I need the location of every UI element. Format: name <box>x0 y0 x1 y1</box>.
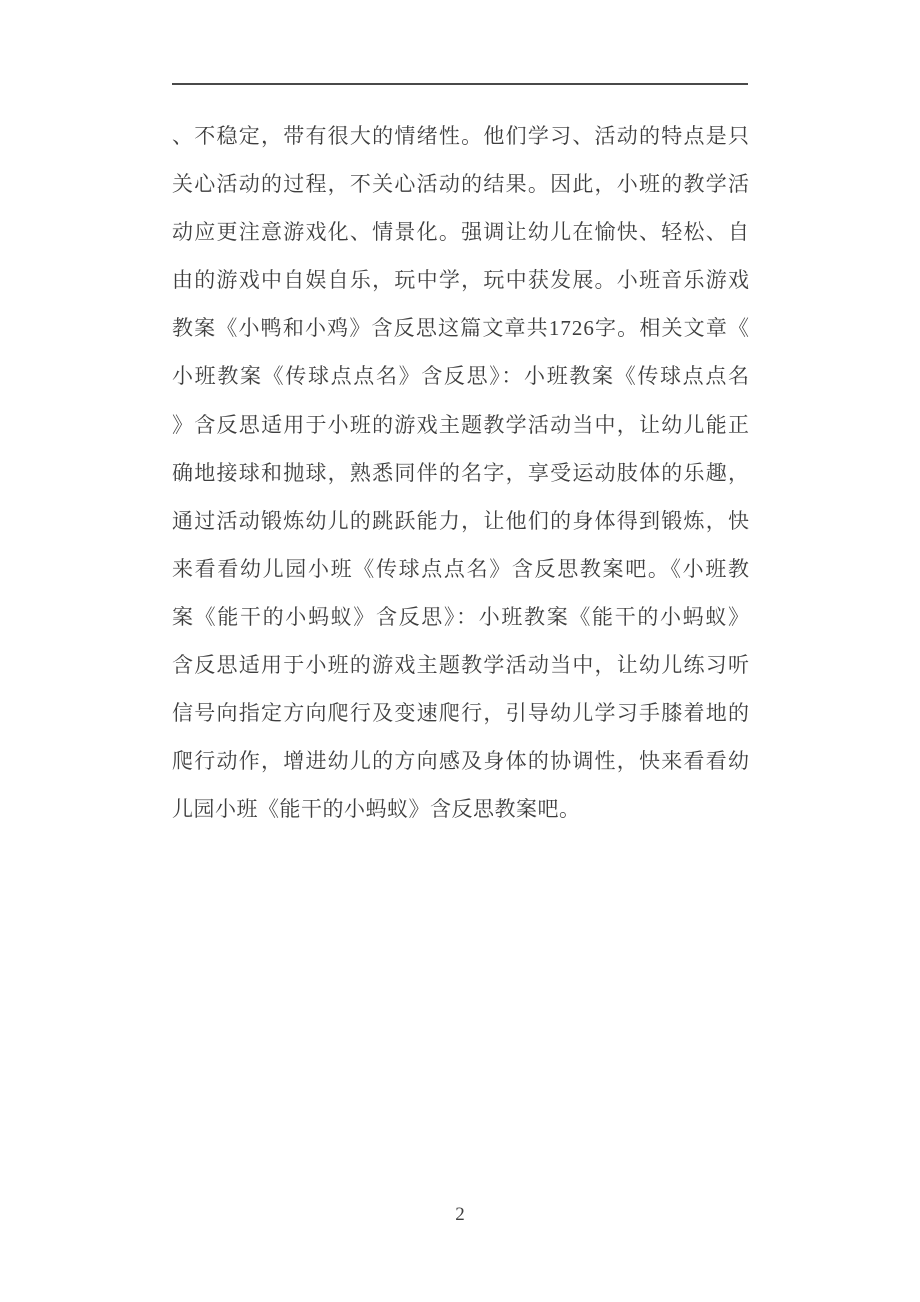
text-line: 由的游戏中自娱自乐，玩中学，玩中获发展。小班音乐游戏 <box>172 256 750 304</box>
body-text: 、不稳定，带有很大的情绪性。他们学习、活动的特点是只 关心活动的过程，不关心活动… <box>172 112 750 833</box>
text-line: 确地接球和抛球，熟悉同伴的名字，享受运动肢体的乐趣， <box>172 449 750 497</box>
page-footer: 2 <box>0 1205 920 1225</box>
text-line: 关心活动的过程，不关心活动的结果。因此，小班的教学活 <box>172 160 750 208</box>
text-line: 小班教案《传球点点名》含反思》：小班教案《传球点点名 <box>172 352 750 400</box>
text-line: 教案《小鸭和小鸡》含反思这篇文章共1726字。相关文章《 <box>172 304 750 352</box>
text-line: 》含反思适用于小班的游戏主题教学活动当中，让幼儿能正 <box>172 401 750 449</box>
text-line: 信号向指定方向爬行及变速爬行，引导幼儿学习手膝着地的 <box>172 689 750 737</box>
page-number: 2 <box>455 1204 465 1225</box>
text-line: 通过活动锻炼幼儿的跳跃能力，让他们的身体得到锻炼，快 <box>172 497 750 545</box>
text-line: 来看看幼儿园小班《传球点点名》含反思教案吧。《小班教 <box>172 545 750 593</box>
text-line: 动应更注意游戏化、情景化。强调让幼儿在愉快、轻松、自 <box>172 208 750 256</box>
text-line: 儿园小班《能干的小蚂蚁》含反思教案吧。 <box>172 785 750 833</box>
text-line: 含反思适用于小班的游戏主题教学活动当中，让幼儿练习听 <box>172 641 750 689</box>
document-page: 、不稳定，带有很大的情绪性。他们学习、活动的特点是只 关心活动的过程，不关心活动… <box>0 0 920 1302</box>
text-line: 、不稳定，带有很大的情绪性。他们学习、活动的特点是只 <box>172 112 750 160</box>
text-line: 案《能干的小蚂蚁》含反思》：小班教案《能干的小蚂蚁》 <box>172 593 750 641</box>
text-line: 爬行动作，增进幼儿的方向感及身体的协调性，快来看看幼 <box>172 737 750 785</box>
header-rule <box>172 83 748 85</box>
